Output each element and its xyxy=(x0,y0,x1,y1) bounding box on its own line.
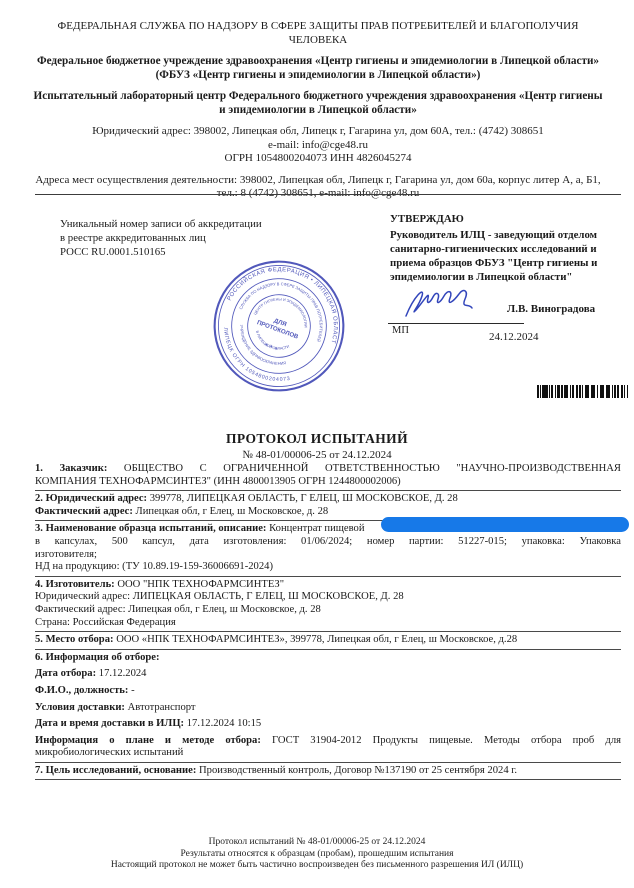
approver-name: Л.В. Виноградова xyxy=(507,303,595,315)
section-4-actual-address: Фактический адрес: Липецкая обл, г Елец,… xyxy=(35,604,621,617)
section-6-delivery-datetime: Дата и время доставки в ИЛЦ: 17.12.2024 … xyxy=(35,718,621,731)
lab-center-name: Испытательный лабораторный центр Федерал… xyxy=(32,90,604,117)
accreditation-line1: Уникальный номер записи об аккредитации xyxy=(60,217,300,231)
section-divider xyxy=(35,576,621,577)
section-1-customer-line1: 1. Заказчик: ОБЩЕСТВО С ОГРАНИЧЕННОЙ ОТВ… xyxy=(35,463,621,476)
section-5-sampling-place: 5. Место отбора: ООО «НПК ТЕХНОФАРМСИНТЕ… xyxy=(35,634,621,647)
section-6-sampling-method-line1: Информация о плане и методе отбора: ГОСТ… xyxy=(35,735,621,748)
section-6-sampling-method-line2: микробиологических испытаний xyxy=(35,747,621,760)
document-title-block: ПРОТОКОЛ ИСПЫТАНИЙ № 48-01/00006-25 от 2… xyxy=(0,431,634,461)
section-6-delivery-conditions: Условия доставки: Автотранспорт xyxy=(35,702,621,715)
section-3-sample-line3: изготовителя; xyxy=(35,549,621,562)
document-title: ПРОТОКОЛ ИСПЫТАНИЙ xyxy=(0,431,634,447)
section-6-sampling-date: Дата отбора: 17.12.2024 xyxy=(35,668,621,681)
section-4-country: Страна: Российская Федерация xyxy=(35,617,621,630)
section-divider xyxy=(35,631,621,632)
section-divider xyxy=(35,649,621,650)
document-header: ФЕДЕРАЛЬНАЯ СЛУЖБА ПО НАДЗОРУ В СФЕРЕ ЗА… xyxy=(32,20,604,209)
ogrn-inn-line: ОГРН 1054800204073 ИНН 4826045274 xyxy=(32,152,604,166)
organization-full-name: Федеральное бюджетное учреждение здравоо… xyxy=(32,55,604,82)
stamp-stars: ✳ ✳ ✳ xyxy=(263,342,279,353)
legal-address: Юридический адрес: 398002, Липецкая обл,… xyxy=(32,125,604,139)
approval-date: 24.12.2024 xyxy=(489,331,539,343)
section-2-legal-address: 2. Юридический адрес: 399778, ЛИПЕЦКАЯ О… xyxy=(35,493,621,506)
section-6-fio: Ф.И.О., должность: - xyxy=(35,685,621,698)
section-7-purpose: 7. Цель исследований, основание: Произво… xyxy=(35,765,621,778)
redaction-overlay xyxy=(381,517,629,532)
protocol-number: № 48-01/00006-25 от 24.12.2024 xyxy=(0,449,634,461)
header-divider xyxy=(35,194,621,195)
section-6-header: 6. Информация об отборе: xyxy=(35,652,621,665)
section-3-nd-product: НД на продукцию: (ТУ 10.89.19-159-360066… xyxy=(35,561,621,574)
section-divider xyxy=(35,779,621,780)
accreditation-block: Уникальный номер записи об аккредитации … xyxy=(60,217,300,259)
section-4-legal-address: Юридический адрес: ЛИПЕЦКАЯ ОБЛАСТЬ, Г Е… xyxy=(35,591,621,604)
page-footer: Протокол испытаний № 48-01/00006-25 от 2… xyxy=(0,837,634,872)
footer-copy-restriction: Настоящий протокол не может быть частичн… xyxy=(0,860,634,872)
activity-addresses: Адреса мест осуществления деятельности: … xyxy=(32,174,604,201)
federal-agency-name: ФЕДЕРАЛЬНАЯ СЛУЖБА ПО НАДЗОРУ В СФЕРЕ ЗА… xyxy=(32,20,604,47)
section-3-sample-line2: в капсулах, 500 капсул, дата изготовлени… xyxy=(35,536,621,549)
signature-line xyxy=(388,323,524,324)
official-stamp-icon: РОССИЙСКАЯ ФЕДЕРАЦИЯ • ЛИПЕЦКАЯ ОБЛАСТЬ … xyxy=(208,255,350,397)
approver-position: Руководитель ИЛЦ - заведующий отделом са… xyxy=(390,228,628,284)
section-divider xyxy=(35,490,621,491)
footer-results-note: Результаты относятся к образцам (пробам)… xyxy=(0,849,634,861)
accreditation-line2: в реестре аккредитованных лиц xyxy=(60,231,300,245)
section-divider xyxy=(35,762,621,763)
approval-title: УТВЕРЖДАЮ xyxy=(390,212,628,226)
protocol-document-page: ФЕДЕРАЛЬНАЯ СЛУЖБА ПО НАДЗОРУ В СФЕРЕ ЗА… xyxy=(0,0,634,888)
email-line: e-mail: info@cge48.ru xyxy=(32,139,604,153)
section-4-manufacturer: 4. Изготовитель: ООО "НПК ТЕХНОФАРМСИНТЕ… xyxy=(35,579,621,592)
approval-block: УТВЕРЖДАЮ Руководитель ИЛЦ - заведующий … xyxy=(390,212,628,286)
barcode-icon xyxy=(537,385,628,398)
protocol-body: 1. Заказчик: ОБЩЕСТВО С ОГРАНИЧЕННОЙ ОТВ… xyxy=(35,463,621,782)
signature-icon xyxy=(402,284,476,324)
footer-protocol-number: Протокол испытаний № 48-01/00006-25 от 2… xyxy=(0,837,634,849)
section-1-customer-line2: КОМПАНИЯ ТЕХНОФАРМСИНТЕЗ" (ИНН 480001390… xyxy=(35,476,621,489)
mp-seal-mark: МП xyxy=(392,325,409,336)
